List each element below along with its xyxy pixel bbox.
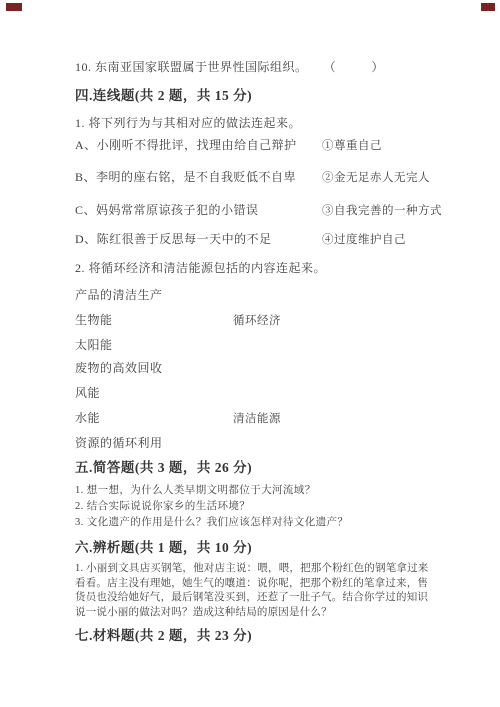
short-answer-q3: 3. 文化遗产的作用是什么？我们应该怎样对待文化遗产？	[75, 515, 443, 531]
matching-pair-row: C、妈妈常常原谅孩子犯的小错误 ③自我完善的一种方式	[75, 203, 443, 218]
short-answer-q1: 1. 想一想，为什么人类早期文明都位于大河流域？	[75, 483, 443, 499]
pair-left-b: B、李明的座右铭，是不自我贬低不自卑	[75, 170, 296, 184]
q2-left-4: 废物的高效回收	[75, 361, 163, 375]
corner-mark-right	[481, 3, 495, 11]
q2-left-2: 生物能	[75, 313, 113, 327]
matching-list-row: 风能	[75, 386, 443, 401]
q2-right-6: 清洁能源	[233, 412, 281, 427]
q2-left-5: 风能	[75, 386, 100, 400]
short-answer-q2: 2. 结合实际说说你家乡的生活环境？	[75, 499, 443, 515]
matching-list-row: 废物的高效回收	[75, 361, 443, 376]
q2-left-3: 太阳能	[75, 338, 113, 352]
matching-list-row: 水能 清洁能源	[75, 411, 443, 426]
matching-list-row: 产品的清洁生产	[75, 288, 443, 303]
corner-mark-left	[6, 3, 22, 11]
question-10-text: 10. 东南亚国家联盟属于世界性国际组织。	[75, 60, 308, 74]
pair-right-4: ④过度维护自己	[322, 233, 406, 248]
section-5-short-answer-heading: 五.简答题(共 3 题，共 26 分)	[75, 459, 443, 476]
true-false-question-10: 10. 东南亚国家联盟属于世界性国际组织。（ ）	[75, 60, 443, 75]
exam-paper-page: 10. 东南亚国家联盟属于世界性国际组织。（ ） 四.连线题(共 2 题，共 1…	[0, 0, 500, 707]
pair-left-d: D、陈红很善于反思每一天中的不足	[75, 232, 272, 246]
q2-left-6: 水能	[75, 411, 100, 425]
section-6-analysis-heading: 六.辨析题(共 1 题，共 10 分)	[75, 539, 443, 556]
short-answer-questions: 1. 想一想，为什么人类早期文明都位于大河流域？ 2. 结合实际说说你家乡的生活…	[75, 483, 443, 531]
pair-left-a: A、小刚听不得批评，找理由给自己辩护	[75, 138, 297, 152]
pair-right-3: ③自我完善的一种方式	[322, 204, 442, 219]
q2-right-2: 循环经济	[233, 314, 281, 329]
matching-pair-row: D、陈红很善于反思每一天中的不足 ④过度维护自己	[75, 232, 443, 247]
matching-list-row: 太阳能	[75, 338, 443, 353]
section-4-matching-heading: 四.连线题(共 2 题，共 15 分)	[75, 87, 443, 104]
answer-brackets: （ ）	[330, 60, 384, 74]
matching-list-row: 资源的循环利用	[75, 436, 443, 451]
matching-list-row: 生物能 循环经济	[75, 313, 443, 328]
matching-q1-prompt: 1. 将下列行为与其相对应的做法连起来。	[75, 116, 443, 131]
analysis-question-text: 1. 小丽到文具店买钢笔，他对店主说：喂，喂，把那个粉红色的钢笔拿过来看看。店主…	[75, 562, 435, 620]
q2-left-1: 产品的清洁生产	[75, 288, 163, 302]
section-7-material-heading: 七.材料题(共 2 题，共 23 分)	[75, 627, 443, 644]
pair-right-2: ②金无足赤人无完人	[322, 171, 430, 186]
matching-q2-prompt: 2. 将循环经济和清洁能源包括的内容连起来。	[75, 261, 443, 276]
q2-left-7: 资源的循环利用	[75, 436, 163, 450]
matching-pair-row: A、小刚听不得批评，找理由给自己辩护 ①尊重自己	[75, 138, 443, 153]
document-content: 10. 东南亚国家联盟属于世界性国际组织。（ ） 四.连线题(共 2 题，共 1…	[75, 0, 443, 644]
pair-right-1: ①尊重自己	[322, 139, 382, 154]
matching-pair-row: B、李明的座右铭，是不自我贬低不自卑 ②金无足赤人无完人	[75, 170, 443, 185]
pair-left-c: C、妈妈常常原谅孩子犯的小错误	[75, 203, 259, 217]
